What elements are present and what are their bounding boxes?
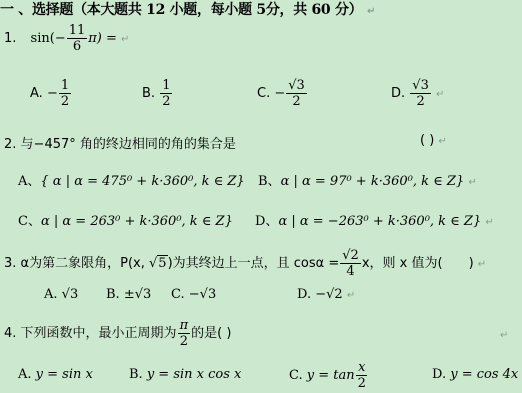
fraction: 12	[59, 78, 71, 109]
stem-part: 下列函数中，最小正周期为	[21, 326, 177, 341]
option-label: B、	[258, 174, 281, 189]
question-3-option-b[interactable]: B. ±√3	[106, 287, 151, 302]
question-3-option-c[interactable]: C. −√3	[171, 287, 216, 302]
question-number: 3.	[4, 256, 16, 271]
question-4-stem: 4. 下列函数中，最小正周期为π2的是( )	[4, 318, 231, 349]
question-4-option-a[interactable]: A. y = sin x	[18, 367, 93, 382]
option-label: D.	[297, 287, 311, 302]
option-text: y = cos 4x	[450, 367, 518, 382]
option-text: α | α = 97⁰ + k·360⁰, k ∈ Z}	[281, 174, 465, 189]
question-4-option-c[interactable]: C. y = tanx2	[289, 360, 369, 391]
denominator: 4	[344, 264, 356, 279]
option-label: A.	[18, 367, 32, 382]
section-title: 一 、选择题（本大题共 12 小题，每小题 5分，共 60 分） ↵	[0, 0, 375, 19]
denominator: 2	[59, 94, 71, 109]
paragraph-mark: ↵	[436, 89, 444, 100]
question-1-stem: 1. sin(−116π) = ↵	[4, 23, 129, 54]
option-label: C、	[18, 214, 41, 229]
question-1-option-a[interactable]: A. −12	[30, 78, 72, 109]
denominator: 2	[414, 94, 426, 109]
stem-prefix: sin(−	[31, 31, 66, 46]
radicand: 5	[157, 255, 167, 271]
fraction: π2	[178, 318, 191, 349]
numerator: 1	[160, 78, 172, 94]
option-text: α | α = −263⁰ + k·360⁰, k ∈ Z}	[278, 214, 481, 229]
question-2-option-b[interactable]: B、α | α = 97⁰ + k·360⁰, k ∈ Z} ↵	[258, 170, 477, 189]
option-label: C.	[171, 287, 185, 302]
paragraph-mark: ↵	[347, 290, 355, 301]
denominator: 2	[178, 334, 190, 349]
option-text: y = sin x	[36, 367, 93, 382]
denominator: 6	[71, 39, 83, 54]
option-text: ±√3	[124, 287, 151, 302]
question-3-stem: 3. α为第二象限角，P(x, √5)为其终边上一点，且 cosα =√24x，…	[4, 248, 486, 279]
fraction: 12	[160, 78, 172, 109]
stem-part: x，则 x 值为(	[362, 256, 443, 271]
option-text: y = sin x cos x	[147, 367, 242, 382]
paragraph-mark: ↵	[438, 136, 446, 147]
numerator: 11	[67, 23, 88, 39]
fraction: √32	[286, 78, 307, 109]
stem-text: 与−457° 角的终边相同的角的集合是	[21, 137, 236, 152]
question-1-option-c[interactable]: C. −√32	[257, 78, 308, 109]
paragraph-mark: ↵	[468, 177, 476, 188]
sign: −	[47, 86, 58, 101]
sign: −	[274, 86, 285, 101]
option-label: D.	[432, 367, 446, 382]
numerator: √3	[286, 78, 307, 94]
option-text: √3	[62, 287, 79, 302]
question-3-option-a[interactable]: A. √3	[44, 287, 78, 302]
option-label: D、	[255, 214, 278, 229]
answer-blank[interactable]: ( ) ↵	[420, 133, 447, 148]
option-label: A、	[18, 174, 40, 189]
stem-part: )为其终边上一点，且 cosα =	[168, 256, 340, 271]
option-text: −√2	[315, 287, 342, 302]
stem-suffix: π) =	[88, 31, 117, 46]
denominator: 2	[290, 94, 302, 109]
stem-part: 的是( )	[191, 326, 231, 341]
numerator: x	[356, 360, 367, 376]
paragraph-mark: ↵	[121, 34, 129, 45]
paragraph-mark: ↵	[485, 217, 493, 228]
option-text: y = tan	[307, 368, 355, 383]
answer-blank-text: ( )	[420, 133, 434, 148]
question-number: 2.	[4, 137, 16, 152]
fraction: √24	[340, 248, 361, 279]
option-label: C.	[257, 86, 270, 101]
option-text: α | α = 263⁰ + k·360⁰, k ∈ Z}	[41, 214, 233, 229]
sqrt: √5	[149, 256, 168, 271]
stem-part: )	[469, 256, 474, 271]
fraction: x2	[356, 360, 368, 391]
question-2-stem: 2. 与−457° 角的终边相同的角的集合是	[4, 133, 236, 152]
question-1-option-b[interactable]: B. 12	[142, 78, 173, 109]
paragraph-mark: ↵	[367, 6, 375, 17]
paragraph-mark: ↵	[500, 330, 508, 341]
question-1-option-d[interactable]: D. √32 ↵	[391, 78, 444, 109]
question-4-option-b[interactable]: B. y = sin x cos x	[129, 367, 241, 382]
option-label: C.	[289, 368, 303, 383]
question-4-option-d[interactable]: D. y = cos 4x	[432, 367, 518, 382]
option-text: { α | α = 475⁰ + k·360⁰, k ∈ Z}	[40, 174, 244, 189]
fraction: 116	[67, 23, 88, 54]
option-text: −√3	[189, 287, 216, 302]
question-3-option-d[interactable]: D. −√2 ↵	[297, 287, 355, 302]
numerator: √3	[410, 78, 431, 94]
option-label: B.	[129, 367, 143, 382]
option-label: A.	[30, 86, 43, 101]
section-title-text: 一 、选择题（本大题共 12 小题，每小题 5分，共 60 分）	[0, 2, 362, 18]
numerator: 1	[59, 78, 71, 94]
option-label: B.	[106, 287, 120, 302]
question-number: 4.	[4, 326, 16, 341]
option-label: D.	[391, 86, 405, 101]
question-2-option-d[interactable]: D、α | α = −263⁰ + k·360⁰, k ∈ Z} ↵	[255, 210, 494, 229]
denominator: 2	[160, 94, 172, 109]
numerator: √2	[340, 248, 361, 264]
fraction: √32	[410, 78, 431, 109]
option-label: B.	[142, 86, 155, 101]
stem-part: α为第二象限角，P(x,	[21, 256, 149, 271]
question-2-option-c[interactable]: C、α | α = 263⁰ + k·360⁰, k ∈ Z}	[18, 210, 233, 229]
question-number: 1.	[4, 31, 16, 46]
option-label: A.	[44, 287, 58, 302]
numerator: π	[178, 318, 191, 334]
question-2-option-a[interactable]: A、{ α | α = 475⁰ + k·360⁰, k ∈ Z}	[18, 170, 245, 189]
paragraph-mark: ↵	[478, 259, 486, 270]
denominator: 2	[356, 376, 368, 391]
